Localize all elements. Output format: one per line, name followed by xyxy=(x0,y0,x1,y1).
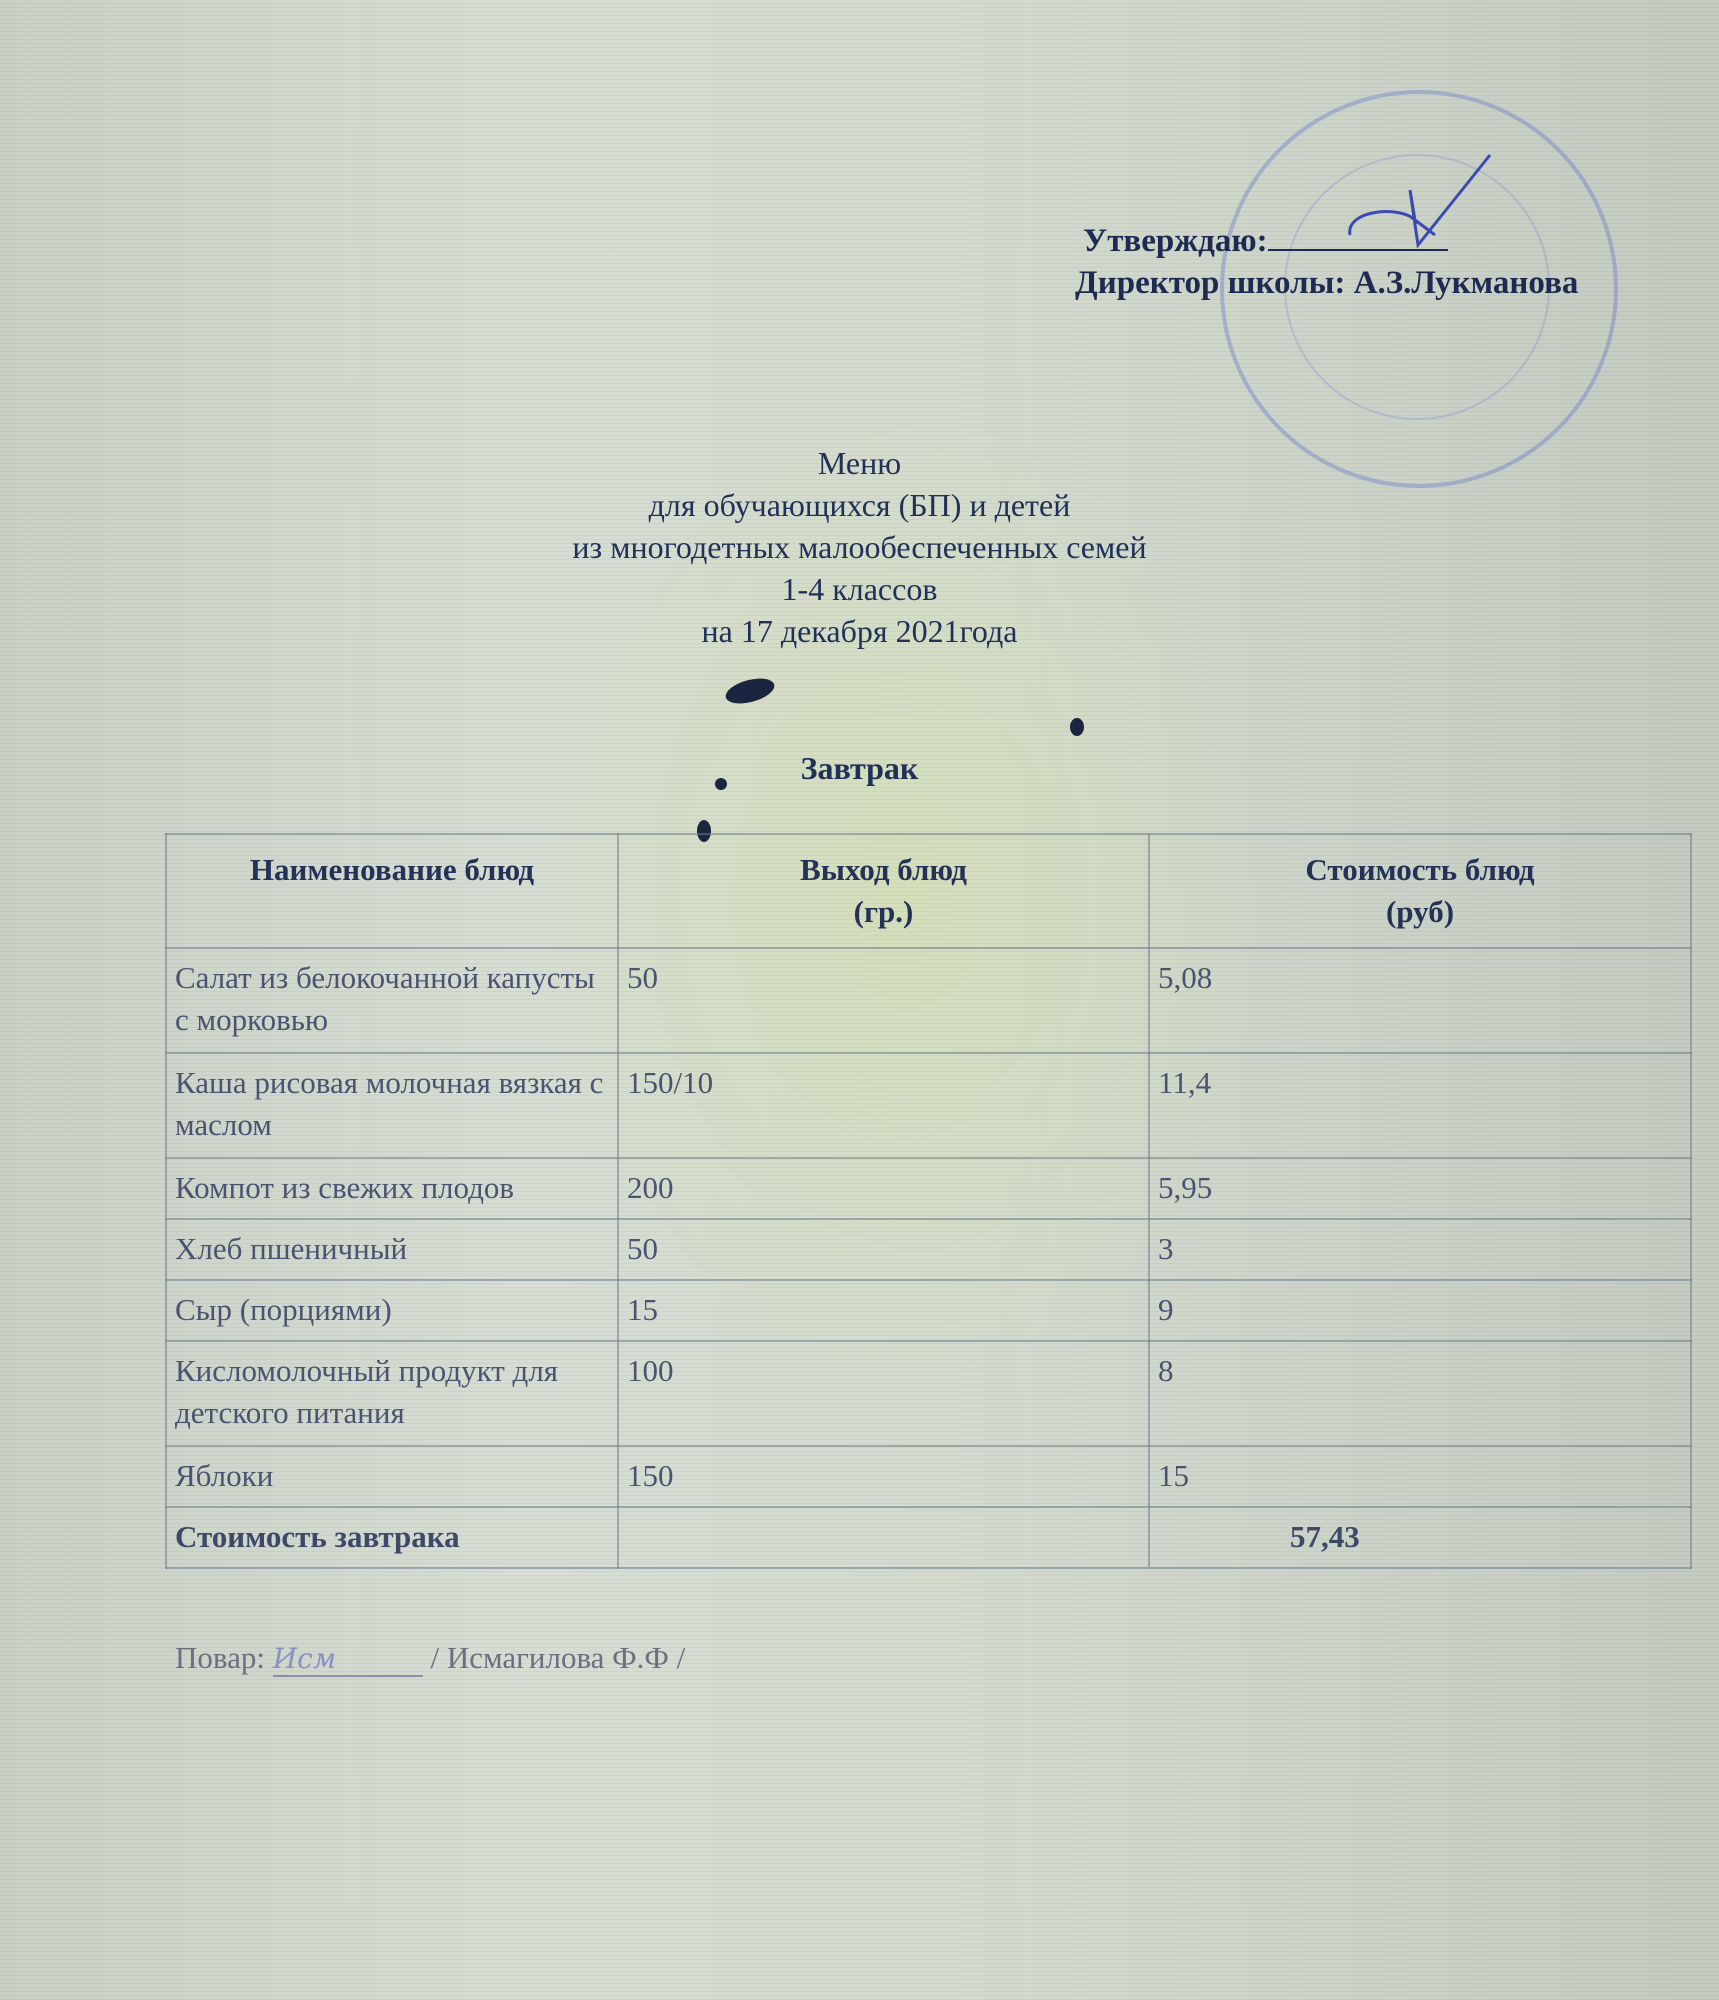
dish-cost: 8 xyxy=(1149,1341,1691,1446)
dish-cost: 5,95 xyxy=(1149,1158,1691,1219)
header-name-text: Наименование блюд xyxy=(250,852,534,887)
approve-label: Утверждаю: xyxy=(1083,223,1268,259)
header-cost-line2: (руб) xyxy=(1158,891,1682,933)
dish-yield: 15 xyxy=(618,1280,1149,1341)
signature-line xyxy=(1268,221,1448,251)
ink-blot xyxy=(1070,718,1084,736)
dish-cost: 5,08 xyxy=(1149,948,1691,1053)
header-yield: Выход блюд(гр.) xyxy=(618,834,1149,948)
table-row: Салат из белокочанной капусты с морковью… xyxy=(166,948,1691,1053)
menu-table: Наименование блюд Выход блюд(гр.) Стоимо… xyxy=(165,833,1692,1569)
table-row: Кисломолочный продукт для детского питан… xyxy=(166,1341,1691,1446)
dish-yield: 50 xyxy=(618,1219,1149,1280)
ink-blot xyxy=(723,674,777,708)
total-row: Стоимость завтрака57,43 xyxy=(166,1507,1691,1568)
total-empty-cell xyxy=(618,1507,1149,1568)
header-yield-line2: (гр.) xyxy=(627,891,1140,933)
title-line-2: для обучающихся (БП) и детей xyxy=(0,484,1719,526)
table-header-row: Наименование блюд Выход блюд(гр.) Стоимо… xyxy=(166,834,1691,948)
title-line-1: Меню xyxy=(0,442,1719,484)
dish-cost: 9 xyxy=(1149,1280,1691,1341)
dish-cost: 3 xyxy=(1149,1219,1691,1280)
title-line-5: на 17 декабря 2021года xyxy=(0,610,1719,652)
title-line-4: 1-4 классов xyxy=(0,568,1719,610)
cook-signature-block: Повар: Исм / Исмагилова Ф.Ф / xyxy=(175,1640,685,1677)
cook-label: Повар: xyxy=(175,1640,265,1675)
dish-yield: 50 xyxy=(618,948,1149,1053)
dish-name: Компот из свежих плодов xyxy=(166,1158,618,1219)
section-title: Завтрак xyxy=(0,750,1719,787)
dish-yield: 150/10 xyxy=(618,1053,1149,1158)
table-row: Хлеб пшеничный503 xyxy=(166,1219,1691,1280)
dish-name: Кисломолочный продукт для детского питан… xyxy=(166,1341,618,1446)
header-cost-line1: Стоимость блюд xyxy=(1158,849,1682,891)
table-row: Яблоки15015 xyxy=(166,1446,1691,1507)
total-value: 57,43 xyxy=(1149,1507,1691,1568)
total-label: Стоимость завтрака xyxy=(166,1507,618,1568)
menu-title: Меню для обучающихся (БП) и детей из мно… xyxy=(0,442,1719,652)
dish-cost: 11,4 xyxy=(1149,1053,1691,1158)
dish-cost: 15 xyxy=(1149,1446,1691,1507)
cook-name: / Исмагилова Ф.Ф / xyxy=(431,1640,686,1675)
header-name: Наименование блюд xyxy=(166,834,618,948)
header-yield-line1: Выход блюд xyxy=(627,849,1140,891)
table-row: Компот из свежих плодов2005,95 xyxy=(166,1158,1691,1219)
dish-name: Хлеб пшеничный xyxy=(166,1219,618,1280)
header-cost: Стоимость блюд(руб) xyxy=(1149,834,1691,948)
director-label: Директор школы: А.З.Лукманова xyxy=(1075,262,1578,304)
dish-yield: 150 xyxy=(618,1446,1149,1507)
table-row: Каша рисовая молочная вязкая с маслом150… xyxy=(166,1053,1691,1158)
dish-name: Сыр (порциями) xyxy=(166,1280,618,1341)
dish-yield: 100 xyxy=(618,1341,1149,1446)
dish-name: Каша рисовая молочная вязкая с маслом xyxy=(166,1053,618,1158)
approval-block: Утверждаю: Директор школы: А.З.Лукманова xyxy=(1075,220,1578,304)
dish-name: Салат из белокочанной капусты с морковью xyxy=(166,948,618,1053)
dish-name: Яблоки xyxy=(166,1446,618,1507)
cook-signature: Исм xyxy=(273,1642,423,1677)
menu-table-body: Салат из белокочанной капусты с морковью… xyxy=(166,948,1691,1568)
dish-yield: 200 xyxy=(618,1158,1149,1219)
table-row: Сыр (порциями)159 xyxy=(166,1280,1691,1341)
title-line-3: из многодетных малообеспеченных семей xyxy=(0,526,1719,568)
